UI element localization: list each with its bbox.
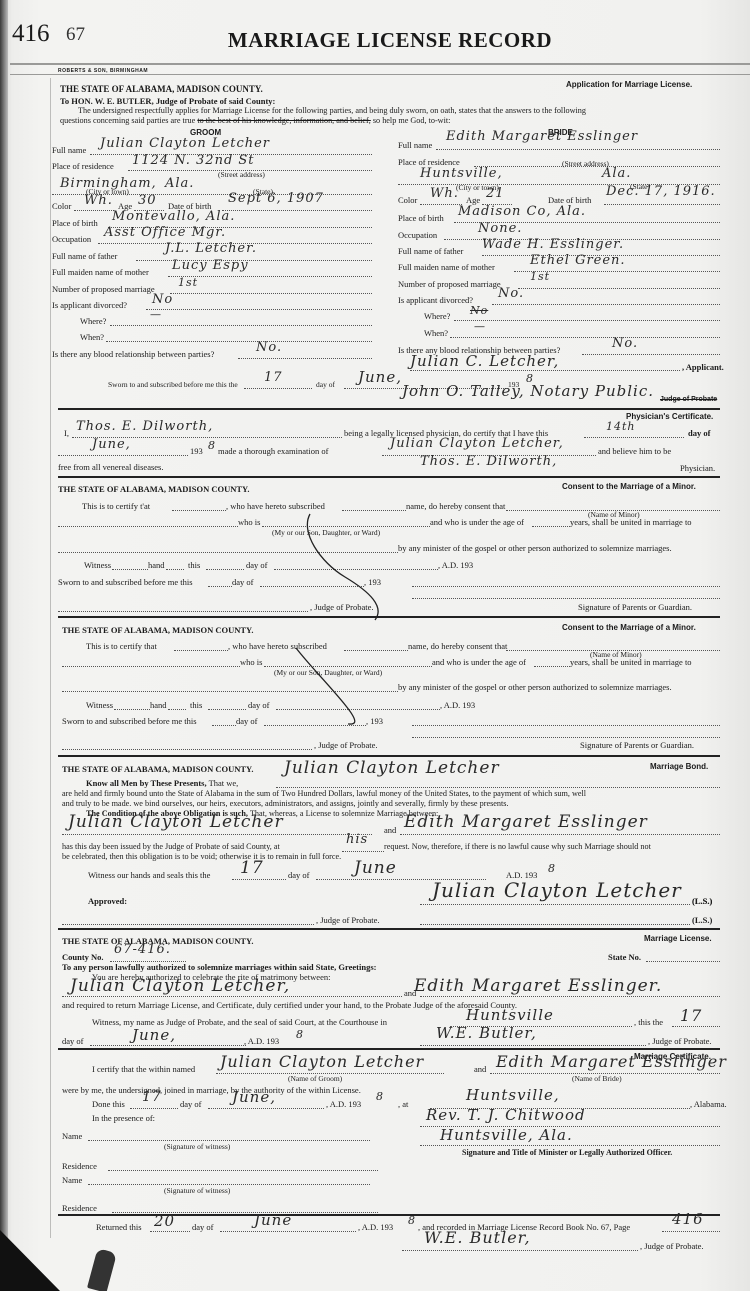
groom-divorced-label: Is applicant divorced? [52,300,127,310]
certificate-groom-caption: (Name of Groom) [288,1074,342,1083]
consent1-line-3: by any minister of the gospel or other p… [398,543,672,553]
groom-occupation: Asst Office Mgr. [104,225,226,240]
return-month: June [254,1211,292,1229]
bond-text-4: be celebrated, then this obligation is t… [62,852,341,861]
bride-when-label: When? [424,328,448,338]
bride-when-line [450,337,720,338]
applicant-label: , Applicant. [682,362,724,372]
bride-full-name: Edith Margaret Esslinger [446,129,638,144]
certificate-witness2-residence-line [112,1212,378,1213]
license-month: June, [132,1026,176,1044]
groom-occupation-label: Occupation [52,234,91,244]
consent2-line-2b: and who is under the age of [432,657,526,667]
section-divider [58,755,720,757]
bride-color: Wh. [430,186,459,201]
groom-dob: Sept 6, 1907 [228,191,324,206]
consent2-state-county: THE STATE OF ALABAMA, MADISON COUNTY. [62,625,254,635]
license-day-of: day of [62,1036,83,1046]
bond-text-1: are held and firmly bound unto the State… [62,789,586,798]
license-state-no-label: State No. [608,952,641,962]
bride-full-name-label: Full name [398,140,432,150]
page-title: MARRIAGE LICENSE RECORD [0,28,750,53]
certificate-year-prefix: , A.D. 193 [326,1099,361,1109]
certificate-certify: I certify that the within named [92,1064,195,1074]
consent1-witness-d: day of [246,560,267,570]
consent2-blank [114,709,150,710]
certificate-alabama: , Alabama. [690,1099,727,1109]
certificate-day-of: day of [180,1099,201,1109]
consent1-blank [208,586,232,587]
groom-dob-line [222,210,372,211]
bond-and: and [384,825,396,835]
consent1-line-2b: and who is under the age of [430,517,524,527]
book-binding [0,0,8,1291]
groom-father: J.L. Letcher. [165,241,257,256]
sworn-text: Sworn to and subscribed before me this t… [108,380,238,389]
consent2-line-1c: name, do hereby consent that [408,641,507,651]
license-judge-signature: W.E. Butler, [436,1024,537,1042]
consent2-witness-b: hand [150,700,167,710]
margin-line [50,78,51,1238]
consent1-state-county: THE STATE OF ALABAMA, MADISON COUNTY. [58,484,250,494]
sworn-day: 17 [264,370,283,385]
groom-blood: No. [256,340,282,355]
groom-mother-label: Full maiden name of mother [52,267,149,277]
bond-know-bold: Know all Men by These Presents, [86,778,207,788]
bond-ls-3: (L.S.) [692,915,712,925]
certificate-witness1-name-line [88,1140,370,1141]
consent2-blank [212,725,236,726]
return-year-prefix: , A.D. 193 [358,1222,393,1232]
bond-request-line [342,851,384,852]
certificate-place: Huntsville, [466,1086,560,1104]
bond-judge-line [62,924,314,925]
consent2-parent-sig-line-2 [412,737,720,738]
groom-when-label: When? [80,332,104,342]
groom-when-line [106,341,372,342]
return-page: 416 [672,1210,704,1228]
bride-color-label: Color [398,195,417,205]
return-judge-signature: W.E. Butler, [424,1228,531,1247]
struck-judge-title: Judge of Probate [660,396,717,403]
groom-color-line [74,210,114,211]
bride-divorced-line [492,304,720,305]
return-day-line [150,1231,190,1232]
physician-signature-label: Physician. [680,463,715,473]
groom-father-label: Full name of father [52,251,117,261]
physician-day-of: day of [688,428,710,438]
physician-month-line [58,455,188,456]
bride-dob: Dec. 17, 1916. [606,184,716,199]
certificate-witness1-residence-line [108,1170,378,1171]
consent1-blank [58,526,238,527]
bride-birthplace: Madison Co, Ala. [458,204,586,219]
bride-where-label: Where? [424,311,450,321]
void-mark-icon [290,646,360,726]
bond-section-title: Marriage Bond. [650,762,708,771]
consent2-blank [62,666,240,667]
consent1-blank [172,510,226,511]
certificate-done: Done this [92,1099,125,1109]
groom-marriage-number-line [170,293,372,294]
license-state-no-line [646,961,720,962]
license-party2-line [420,996,720,997]
bond-text-3a: has this day been issued by the Judge of… [62,842,280,851]
consent1-section-title: Consent to the Marriage of a Minor. [562,482,696,491]
bride-father-label: Full name of father [398,246,463,256]
consent2-witness-d: day of [248,700,269,710]
groom-color-label: Color [52,201,71,211]
bride-birthplace-label: Place of birth [398,213,444,223]
groom-age: 30 [138,193,157,208]
bride-occupation-label: Occupation [398,230,437,240]
license-county-no-label: County No. [62,952,104,962]
consent2-parent-sig-line [412,725,720,726]
bride-when: — [474,320,486,333]
physician-i-label: I, [64,428,69,438]
application-intro-1: The undersigned respectfully applies for… [78,106,586,115]
certificate-witness2-name-line [88,1184,370,1185]
certificate-bride-caption: (Name of Bride) [572,1074,622,1083]
bond-request-by: his [346,832,368,847]
applicant-signature: Julian C. Letcher, [410,352,559,370]
physician-name: Thos. E. Dilworth, [76,419,213,434]
consent2-section-title: Consent to the Marriage of a Minor. [562,623,696,632]
groom-blood-label: Is there any blood relationship between … [52,349,214,359]
return-page-line [662,1231,720,1232]
bond-obligor: Julian Clayton Letcher [284,758,500,778]
consent1-line-1b: , who have hereto subscribed [226,501,325,511]
consent1-blank [166,569,184,570]
intro-text: questions concerning said parties are tr… [60,116,195,125]
license-county-no: 67-416. [114,942,171,957]
header-rule [10,63,750,65]
physician-text-4: free from all venereal diseases. [58,462,164,472]
sworn-day-of: day of [316,380,335,389]
bond-state-county: THE STATE OF ALABAMA, MADISON COUNTY. [62,764,254,774]
certificate-day-line [130,1108,178,1109]
bond-party-2: Edith Margaret Esslinger [404,812,648,832]
section-divider [58,928,720,930]
application-state-county: THE STATE OF ALABAMA, MADISON COUNTY. [60,84,263,94]
consent2-judge: , Judge of Probate. [314,740,378,750]
consent2-blank [208,709,246,710]
bride-mother-label: Full maiden name of mother [398,262,495,272]
record-page: 416 67 MARRIAGE LICENSE RECORD ROBERTS &… [0,0,750,1291]
certificate-minister-caption: Signature and Title of Minister or Legal… [462,1148,672,1157]
scan-corner-shadow [0,1230,60,1291]
groom-marriage-number: 1st [178,276,198,289]
section-divider [58,476,720,478]
consent1-witness-e: , A.D. 193 [438,560,473,570]
license-required: and required to return Marriage License,… [62,1000,517,1010]
bond-judge: , Judge of Probate. [316,915,380,925]
bond-party-1: Julian Clayton Letcher [68,812,284,832]
return-day: 20 [154,1212,175,1230]
bond-ls-2: (L.S.) [692,896,712,906]
return-judge-label: , Judge of Probate. [640,1241,704,1251]
application-section-title: Application for Marriage License. [566,80,692,89]
groom-blood-line [238,358,372,359]
groom-street: 1124 N. 32nd St [132,153,255,168]
consent1-line-1c: name, do hereby consent that [406,501,505,511]
consent2-sworn-c: , 193 [366,716,383,726]
certificate-presence: In the presence of: [92,1113,155,1123]
return-year: 8 [408,1214,416,1227]
sworn-day-line [244,388,312,389]
return-judge-line [402,1250,638,1251]
physician-year-prefix: 193 [190,446,203,456]
bond-signature: Julian Clayton Letcher [432,878,682,902]
consent1-blank [206,569,244,570]
bond-sig-line-3 [420,924,690,925]
certificate-at: , at [398,1099,408,1109]
bond-party1-line [62,834,372,835]
consent1-sworn-a: Sworn to and subscribed before me this [58,577,193,587]
license-year-prefix: , A.D. 193 [244,1036,279,1046]
groom-birthplace-label: Place of birth [52,218,98,228]
physician-text-3: and believe him to be [598,446,671,456]
section-divider [58,408,720,410]
groom-divorced: No [152,292,173,307]
consent1-line-1a: This is to certify t'at [82,501,150,511]
void-mark-icon [300,512,390,622]
consent1-blank [532,526,570,527]
certificate-minister-place: Huntsville, Ala. [440,1126,573,1144]
physician-month: June, [92,437,131,452]
bride-marriage-number: 1st [530,270,550,283]
sworn-month: June, [358,368,402,386]
return-day-of: day of [192,1222,213,1232]
certificate-minister-place-line [420,1145,720,1146]
bride-marriage-number-line [518,288,720,289]
bride-divorced: No. [498,286,524,301]
consent2-line-2c: years, shall be united in marriage to [570,657,692,667]
application-intro-2: questions concerning said parties are tr… [60,116,450,125]
groom-where: — [150,308,162,321]
license-courthouse: Huntsville [466,1006,554,1024]
consent1-parent-sig-line-2 [412,598,720,599]
consent2-witness-a: Witness [86,700,113,710]
license-year: 8 [296,1028,304,1041]
physician-section-title: Physician's Certificate. [626,412,713,421]
struck-text: to the best of his knowledge, informatio… [197,116,371,125]
bride-marriage-number-label: Number of proposed marriage [398,279,501,289]
notary-signature: John O. Talley, Notary Public. [402,382,654,400]
consent1-witness-c: this [188,560,200,570]
bride-where-line [454,320,720,321]
bond-day: 17 [240,858,264,878]
bride-city: Huntsville, [420,166,503,181]
certificate-minister: Rev. T. J. Chitwood [426,1106,586,1124]
consent2-blank [534,666,570,667]
consent1-parents: Signature of Parents or Guardian. [578,602,692,612]
section-divider [58,1048,720,1050]
physician-text-2: made a thorough examination of [218,446,328,456]
certificate-witness2-name-label: Name [62,1175,82,1185]
consent2-sworn-a: Sworn to and subscribed before me this [62,716,197,726]
license-this-the: , this the [634,1017,663,1027]
bride-father: Wade H. Esslinger. [482,237,624,252]
bride-blood: No. [612,336,638,351]
bond-year: 8 [548,862,556,875]
bride-divorced-label: Is applicant divorced? [398,295,473,305]
certificate-groom: Julian Clayton Letcher [220,1052,424,1071]
license-party1-line [62,996,402,997]
consent2-line-3: by any minister of the gospel or other p… [398,682,672,692]
groom-birthplace: Montevallo, Ala. [112,209,235,224]
consent1-line-2a: who is [238,517,260,527]
license-day-line [672,1026,720,1027]
license-party-1: Julian Clayton Letcher, [70,976,290,996]
return-returned: Returned this [96,1222,142,1232]
bride-mother: Ethel Green. [530,253,626,268]
physician-day: 14th [606,420,636,433]
consent2-witness-c: this [190,700,202,710]
consent1-line-2c: years, shall be united in marriage to [570,517,692,527]
groom-full-name-label: Full name [52,145,86,155]
groom-divorced-line [146,309,372,310]
certificate-witness1-residence-label: Residence [62,1161,97,1171]
bond-obligor-line [276,787,720,788]
certificate-witness1-name-label: Name [62,1131,82,1141]
certificate-day: 17 [142,1089,162,1105]
groom-where-line [110,325,372,326]
consent1-sworn-b: day of [232,577,253,587]
bond-text-3b: request. Now, therefore, if there is no … [384,842,651,851]
license-judge-line [420,1045,646,1046]
bride-dob-line [604,204,720,205]
physician-examined: Julian Clayton Letcher, [390,436,564,451]
certificate-month: June, [232,1088,276,1106]
bride-where: No [470,304,488,317]
consent2-judge-line [62,749,312,750]
application-addressee: To HON. W. E. BUTLER, Judge of Probate o… [60,96,275,106]
bond-know: Know all Men by These Presents, That we, [86,778,238,788]
license-day: 17 [680,1006,702,1025]
certificate-witness2-caption: (Signature of witness) [164,1186,230,1195]
bond-day-of: day of [288,870,309,880]
scanner-thumb [87,1248,117,1291]
consent2-blank [174,650,228,651]
groom-state: Ala. [165,176,194,191]
groom-color: Wh. [84,193,113,208]
bond-witness-text: Witness our hands and seals this the [88,870,210,880]
certificate-year: 8 [376,1090,384,1103]
street-address-caption: (Street address) [218,170,265,179]
certificate-and: and [474,1064,486,1074]
bond-know-rest: That we, [209,778,239,788]
consent1-blank [112,569,148,570]
physician-signature: Thos. E. Dilworth, [420,454,557,469]
consent1-blank [342,510,406,511]
certificate-witness2-residence-label: Residence [62,1203,97,1213]
groom-marriage-number-label: Number of proposed marriage [52,284,155,294]
bond-approved: Approved: [88,896,127,906]
license-month-line [90,1045,246,1046]
consent2-witness-e: , A.D. 193 [440,700,475,710]
applicant-line [410,370,680,371]
physician-year: 8 [208,439,216,452]
consent2-parents: Signature of Parents or Guardian. [580,740,694,750]
certificate-bride: Edith Margaret Esslinger [496,1052,727,1071]
consent2-line-2a: who is [240,657,262,667]
certificate-month-line [208,1108,324,1109]
groom-where-label: Where? [80,316,106,326]
bride-age: 21 [486,186,505,201]
bond-text-2: and truly to be made. we bind ourselves,… [62,799,509,808]
license-section-title: Marriage License. [644,934,712,943]
groom-residence-label: Place of residence [52,161,114,171]
groom-mother: Lucy Espy [172,258,249,273]
bond-month: June [354,858,397,878]
bride-full-name-line [436,149,720,150]
license-party-2: Edith Margaret Esslinger. [414,976,662,996]
bride-blood-line [582,354,720,355]
section-divider [58,616,720,618]
certificate-joined: were by me, the undersigned, joined in m… [62,1085,361,1095]
consent1-judge-line [58,611,308,612]
license-judge-label: , Judge of Probate. [648,1036,712,1046]
consent2-sworn-b: day of [236,716,257,726]
consent2-blank [168,709,186,710]
bond-party2-line [400,834,720,835]
return-month-line [220,1231,356,1232]
consent1-witness-a: Witness [84,560,111,570]
bride-color-line [420,204,462,205]
consent1-parent-sig-line [412,586,720,587]
bond-day-line [232,879,286,880]
bond-sig-line-2 [420,904,690,905]
groom-mother-line [168,276,372,277]
groom-full-name: Julian Clayton Letcher [100,136,270,151]
consent1-witness-b: hand [148,560,165,570]
bride-state: Ala. [602,166,631,181]
header-rule-2 [10,74,750,75]
intro-text-end: so help me God, to-wit: [373,116,451,125]
certificate-witness1-caption: (Signature of witness) [164,1142,230,1151]
consent2-line-1a: This is to certify that [86,641,157,651]
bride-occupation: None. [478,221,522,236]
physician-day-line [584,437,684,438]
license-greeting: To any person lawfully authorized to sol… [62,962,377,972]
